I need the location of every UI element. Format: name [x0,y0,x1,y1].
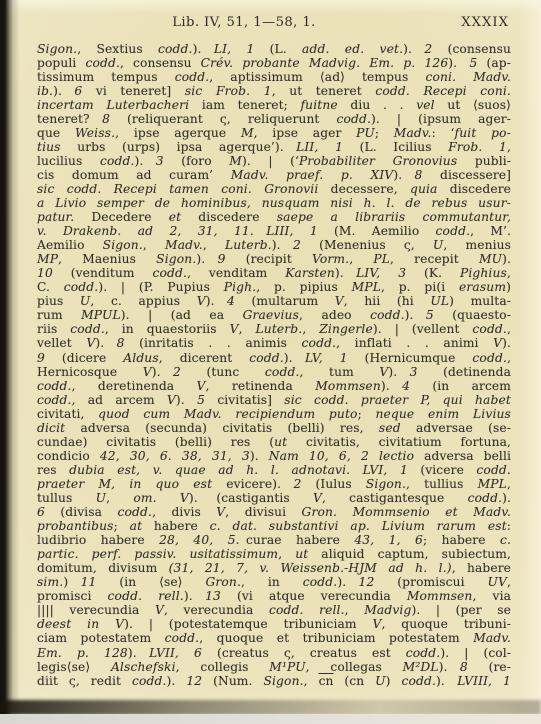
scanned-book-page: Lib. IV, 51, 1—58, 1. XXXIX Sigon., Sext… [0,0,541,724]
text-line: riis codd., in quaestoriis V, Luterb., Z… [37,322,511,336]
text-line: Aemilio Sigon., Madv., Luterb.). 2 (Mene… [37,238,511,252]
running-title: Lib. IV, 51, 1—58, 1. [37,15,451,30]
text-line: cundae) civitatis (belli) res (ut civita… [37,435,511,449]
text-line: deest in V). | (potestatemque tribunicia… [37,617,511,631]
text-line: ciam potestatem codd., quoque et tribuni… [37,631,511,645]
text-line: lucilius codd.). 3 (foro M). | (‘Probabi… [37,154,511,168]
text-line: tissimum tempus codd., aptissimum ⟨ad⟩ t… [37,70,511,84]
scan-left-edge [0,0,20,714]
text-line: dicit adversa (secunda) civitatis (belli… [37,421,511,435]
text-line: civitati, quod cum Madv. recipiendum put… [37,407,511,421]
text-line: res dubia est, v. quae ad h. l. adnotavi… [37,463,511,477]
text-line: pius U, c. appius V). 4 (multarum V, hii… [37,294,511,308]
text-line: incertam Luterbacheri iam teneret; fuitn… [37,98,511,112]
text-line: praeter M, in quo est evicere). 2 (Iulus… [37,477,511,491]
text-line: 10 (venditum codd., venditam Karsten). L… [37,266,511,280]
text-line: sic codd. Recepi tamen coni. Gronovii de… [37,182,511,196]
text-line: promisci codd. rell.). 13 (vi atque vere… [37,589,511,603]
text-line: que Weiss., ipse agerque M, ipse ager PU… [37,126,511,140]
apparatus-text-block: Sigon., Sextius codd.). LI, 1 (L. add. e… [37,42,511,688]
text-line: condicio 42, 30, 6. 38, 31, 3). Nam 10, … [37,449,511,463]
text-line: vellet V). 8 (inritatis . . animis codd.… [37,336,511,350]
text-line: Hernicosque V). 2 (tunc codd., tum V). 3… [37,365,511,379]
scan-bottom-shadow [0,700,541,715]
text-line: populi codd., consensu Crév. probante Ma… [37,56,511,70]
text-line: ludibrio habere 28, 40, 5. curae habere … [37,533,511,547]
text-line: tullus U, om. V). (castigantis V, castig… [37,491,511,505]
text-line: probantibus; at habere c. dat. substanti… [37,519,511,533]
text-line: |||| verecundia V, verecundia codd. rell… [37,603,511,617]
text-line: sim.) 11 (in ⟨se⟩ Gron., in codd.). 12 (… [37,575,511,589]
text-line: ib.). 6 vi teneret] sic Frob. 1, ut tene… [37,84,511,98]
scan-bottom-strip [0,714,541,724]
text-line: codd., deretinenda V, retinenda Mommsen)… [37,379,511,393]
text-line: 6 (divisa codd., divis V, divisui Gron. … [37,505,511,519]
text-line: tius urbs (urps) ipsa agerque’). LII, 1 … [37,140,511,154]
text-line: MP, Maenius Sigon.). 9 (recipit Vorm., P… [37,252,511,266]
page-header: Lib. IV, 51, 1—58, 1. XXXIX [37,15,511,31]
text-line: patur. Decedere et discedere saepe a lib… [37,210,511,224]
text-line: rum MPUL). | (ad ea Graevius, adeo codd.… [37,308,511,322]
text-line: C. codd.). | (P. Pupius Pigh., p. pipius… [37,280,511,294]
text-line: diit ς, redit codd.). 12 (Num. Sigon., c… [37,674,511,688]
text-line: v. Drakenb. ad 2, 31, 11. LIII, 1 (M. Ae… [37,224,511,238]
page-number: XXXIX [461,15,509,30]
text-line: codd., ad arcem V). 5 civitatis] sic cod… [37,393,511,407]
text-line: Em. p. 128). LVII, 6 (creatus ς, creatus… [37,646,511,660]
text-line: partic. perf. passiv. usitatissimum, ut … [37,547,511,561]
text-line: 9 (dicere Aldus, dicerent codd.). LV, 1 … [37,351,511,365]
text-line: Sigon., Sextius codd.). LI, 1 (L. add. e… [37,42,511,56]
text-line: domitum, divisum (31, 21, 7, v. Weissenb… [37,561,511,575]
text-line: a Livio semper de hominibus, nusquam nis… [37,196,511,210]
text-line: teneret? 8 (reliquerant ς, reliquerunt c… [37,112,511,126]
text-line: legis⟨se⟩ Alschefski, collegis M¹PU, col… [37,660,511,674]
text-line: cis domum ad curam’ Madv. praef. p. XIV)… [37,168,511,182]
